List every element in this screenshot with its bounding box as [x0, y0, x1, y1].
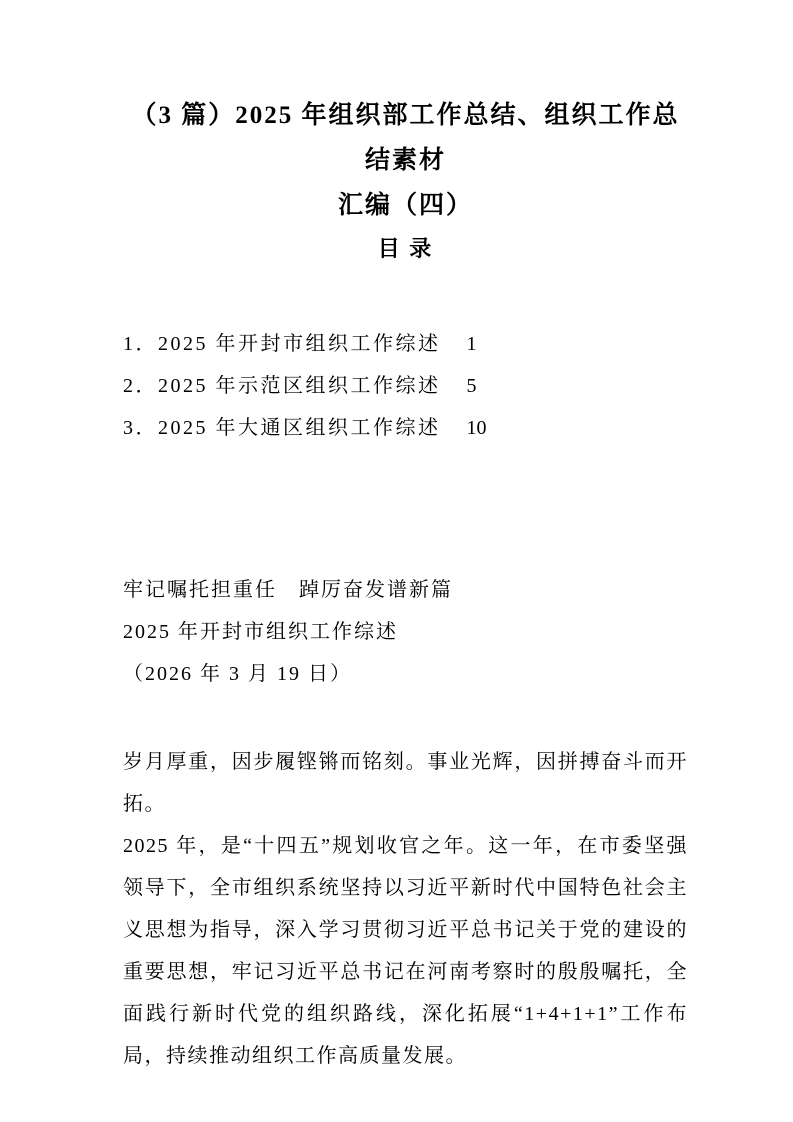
toc-item-label: 3．2025 年大通区组织工作综述 [123, 407, 441, 449]
toc-item[interactable]: 1．2025 年开封市组织工作综述 1 [123, 323, 688, 365]
toc-item-page-number: 5 [467, 365, 477, 407]
toc-item-page-number: 10 [467, 407, 487, 449]
article-header: 牢记嘱托担重任 踔厉奋发谱新篇 2025 年开封市组织工作综述 （2026 年 … [123, 569, 688, 695]
document-page: （3 篇）2025 年组织部工作总结、组织工作总结素材 汇编（四） 目 录 1．… [0, 0, 793, 1122]
toc-item-page-number: 1 [467, 323, 477, 365]
article-subtitle: 牢记嘱托担重任 踔厉奋发谱新篇 [123, 569, 688, 611]
document-title: （3 篇）2025 年组织部工作总结、组织工作总结素材 汇编（四） [123, 93, 688, 228]
toc-item[interactable]: 2．2025 年示范区组织工作综述 5 [123, 365, 688, 407]
toc-item-label: 1．2025 年开封市组织工作综述 [123, 323, 441, 365]
article-paragraph: 岁月厚重，因步履铿锵而铭刻。事业光辉，因拼搏奋斗而开拓。 [123, 741, 688, 825]
article-body: 岁月厚重，因步履铿锵而铭刻。事业光辉，因拼搏奋斗而开拓。 2025 年，是“十四… [123, 741, 688, 1077]
article-date: （2026 年 3 月 19 日） [123, 653, 688, 695]
article-title: 2025 年开封市组织工作综述 [123, 611, 688, 653]
toc-heading: 目 录 [123, 233, 688, 265]
document-title-line2: 汇编（四） [123, 183, 688, 228]
toc-item[interactable]: 3．2025 年大通区组织工作综述 10 [123, 407, 688, 449]
page-content: （3 篇）2025 年组织部工作总结、组织工作总结素材 汇编（四） 目 录 1．… [123, 0, 688, 1077]
toc-list: 1．2025 年开封市组织工作综述 1 2．2025 年示范区组织工作综述 5 … [123, 323, 688, 449]
article-paragraph: 2025 年，是“十四五”规划收官之年。这一年，在市委坚强领导下，全市组织系统坚… [123, 825, 688, 1077]
document-title-line1: （3 篇）2025 年组织部工作总结、组织工作总结素材 [123, 93, 688, 183]
toc-item-label: 2．2025 年示范区组织工作综述 [123, 365, 441, 407]
